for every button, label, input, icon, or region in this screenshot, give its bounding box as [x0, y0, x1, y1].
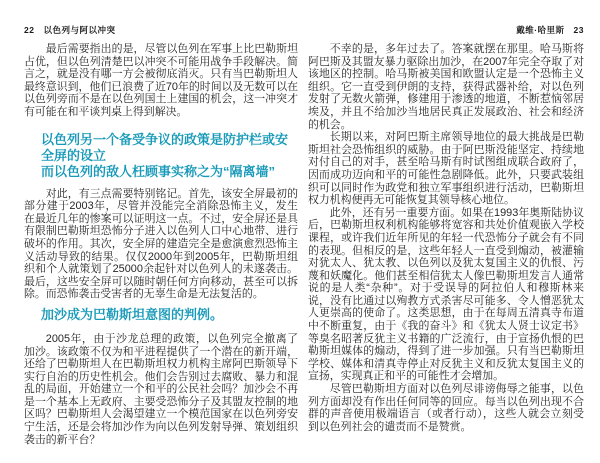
right-page-body: 不幸的是，多年过去了。答案就摆在那里。哈马斯将阿巴斯及其盟友暴力驱除出加沙，在2… — [308, 43, 584, 433]
left-page-body: 最后需要指出的是，尽管以色列在军事上比巴勒斯坦占优，但以色列清楚巴以冲突不可能用… — [24, 43, 298, 446]
left-page-number: 22 — [24, 25, 34, 35]
paragraph-fence-points: 对此，有三点需要特别铭记。首先，该安全屏最初的部分建于2003年，尽管并没能完全… — [24, 188, 298, 301]
section-heading-line: 加沙成为巴勒斯坦意图的判例。 — [41, 307, 298, 323]
paragraph-incitement: 此外，还有另一重要方面。如果在1993年奥斯陆协议后，巴勒斯坦权利机构能够将宽容… — [308, 207, 584, 383]
paragraph-conflict-resolution: 最后需要指出的是，尽管以色列在军事上比巴勒斯坦占优，但以色列清楚巴以冲突不可能用… — [24, 43, 298, 119]
right-running-title: 戴维·哈里斯 — [516, 24, 564, 36]
section-heading-gaza: 加沙成为巴勒斯坦意图的判例。 — [24, 307, 298, 323]
left-page: 22 以色列与阿以冲突 最后需要指出的是，尽管以色列在军事上比巴勒斯坦占优，但以… — [0, 0, 300, 463]
right-running-head: 戴维·哈里斯 23 — [308, 24, 584, 35]
paragraph-gaza-withdrawal: 2005年，由于沙龙总理的政策，以色列完全撤离了加沙。该政策不仅为和平进程提供了… — [24, 333, 298, 446]
paragraph-hamas-takeover: 不幸的是，多年过去了。答案就摆在那里。哈马斯将阿巴斯及其盟友暴力驱除出加沙，在2… — [308, 43, 584, 131]
right-page-number: 23 — [574, 25, 584, 35]
paragraph-abbas-challenge: 长期以来，对阿巴斯主席领导地位的最大挑战是巴勒斯坦社会恐怖组织的威胁。由于阿巴斯… — [308, 131, 584, 207]
section-heading-line-2: 而以色列的敌人枉顾事实称之为“隔离墙” — [41, 164, 298, 180]
right-page: 戴维·哈里斯 23 不幸的是，多年过去了。答案就摆在那里。哈马斯将阿巴斯及其盟友… — [300, 0, 600, 463]
book-spread: 22 以色列与阿以冲突 最后需要指出的是，尽管以色列在军事上比巴勒斯坦占优，但以… — [0, 0, 600, 463]
left-running-title: 以色列与阿以冲突 — [43, 24, 115, 36]
left-running-head: 22 以色列与阿以冲突 — [24, 24, 298, 35]
section-heading-security-fence: 以色列另一个备受争议的政策是防护栏或安全屏的设立 而以色列的敌人枉顾事实称之为“… — [24, 132, 298, 180]
section-heading-line-1: 以色列另一个备受争议的政策是防护栏或安全屏的设立 — [41, 132, 298, 164]
paragraph-israeli-response: 尽管巴勒斯坦方面对以色列尽诽谤侮辱之能事，以色列方面却没有作出任何同等的回应。每… — [308, 383, 584, 433]
